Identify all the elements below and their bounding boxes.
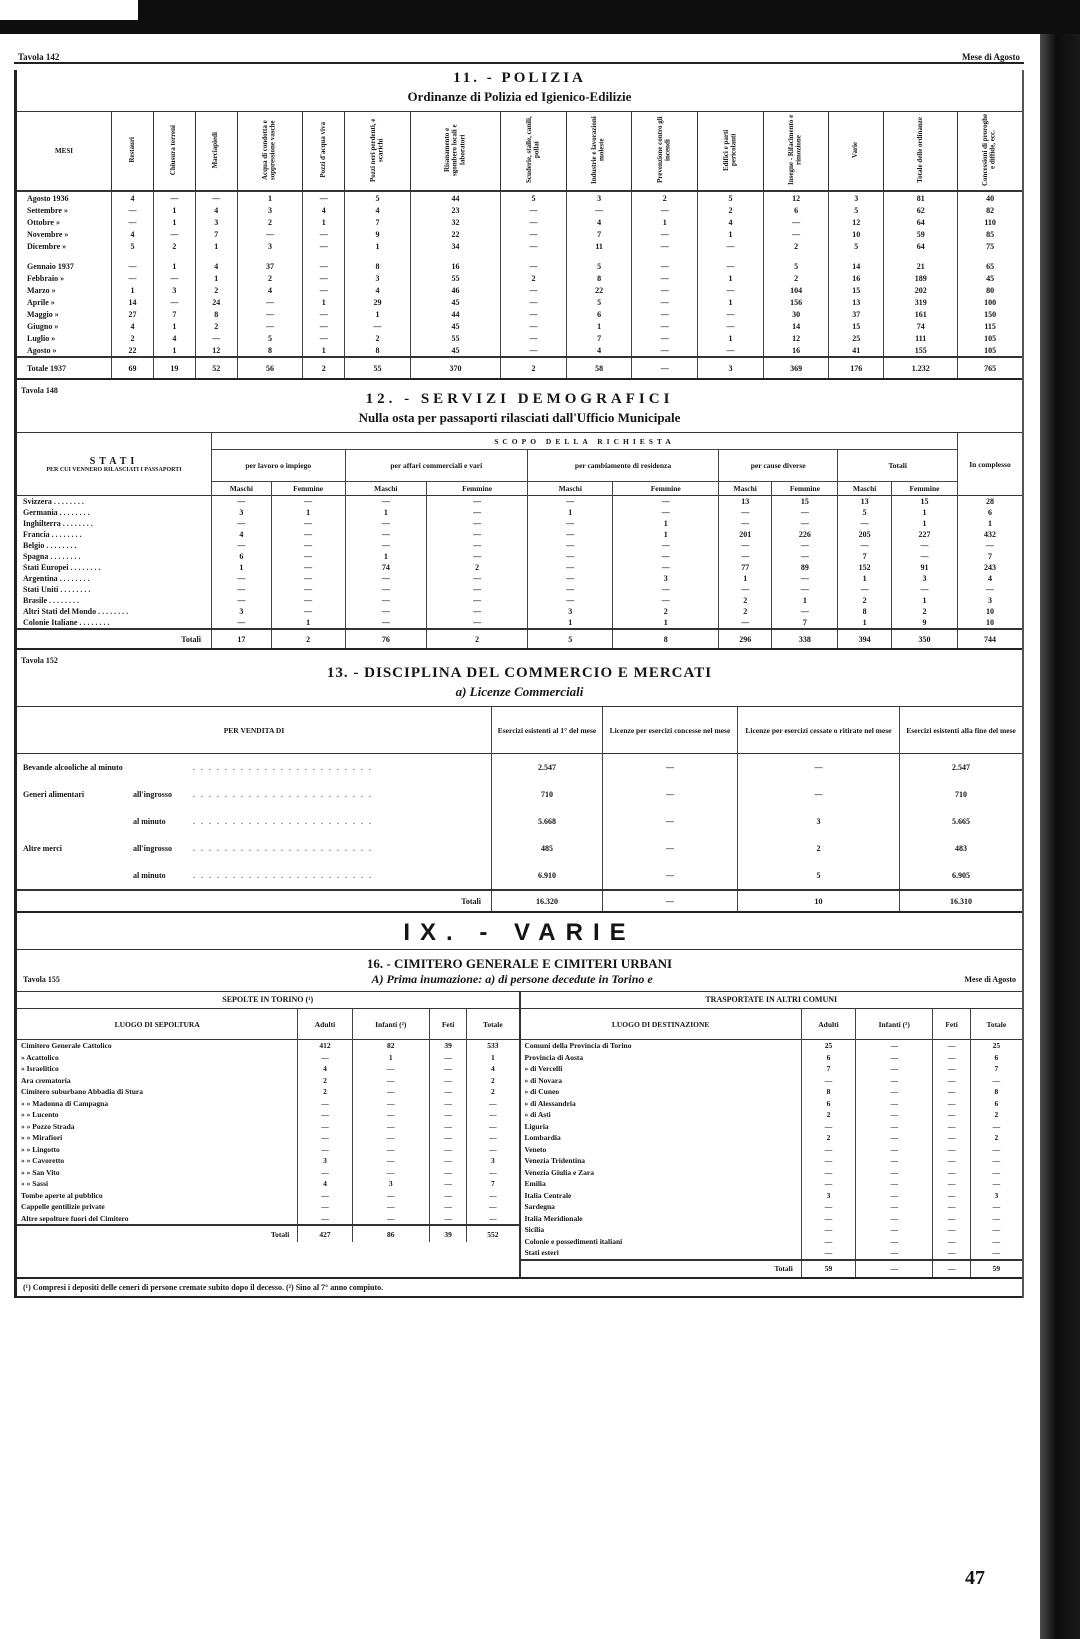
t13-table-number: Tavola 152	[17, 650, 1022, 665]
cell: 1	[613, 529, 719, 540]
table-row: » di Asti2——2	[521, 1109, 1023, 1121]
column-header: MESI	[17, 112, 112, 191]
cell: 7	[958, 551, 1023, 562]
cell: —	[298, 1132, 352, 1144]
table-row: Ottobre »—1321732—414—1264110	[17, 216, 1022, 228]
cell: —	[737, 781, 899, 808]
trasportate-header: TRASPORTATE IN ALTRI COMUNI	[521, 992, 1023, 1009]
cell: 5	[237, 332, 303, 344]
cell: 2	[112, 332, 154, 344]
cell: —	[467, 1109, 519, 1121]
cell: —	[856, 1201, 933, 1213]
cell: —	[838, 584, 891, 595]
table-row: Sicilia————	[521, 1224, 1023, 1236]
table-row: Argentina . . . . . . . .—————31—134	[17, 573, 1022, 584]
cell: 29	[345, 296, 411, 308]
cell: 1	[698, 296, 764, 308]
cell: 7	[345, 216, 411, 228]
cell: 10	[958, 617, 1023, 629]
column-header: Adulti	[801, 1009, 855, 1040]
cell: —	[970, 1236, 1022, 1248]
column-header: Pozzi d'acqua viva	[303, 112, 345, 191]
cell: —	[933, 1063, 970, 1075]
table-row: » » Pozzo Strada————	[17, 1121, 519, 1133]
cell: —	[237, 320, 303, 332]
row-label: Bevande alcooliche al minuto. . . . . . …	[17, 754, 492, 782]
cell: 1	[528, 507, 613, 518]
cell: 21	[884, 260, 958, 272]
sepolte-header: SEPOLTE IN TORINO (¹)	[17, 992, 519, 1009]
place-label: Comuni della Provincia di Torino	[521, 1040, 802, 1052]
cell: 485	[492, 835, 603, 862]
table-row: Settembre »—1434423———2656282	[17, 204, 1022, 216]
cell: 3	[237, 204, 303, 216]
cell: —	[501, 228, 567, 240]
table-row: » Israelitico4——4	[17, 1063, 519, 1075]
column-header: Adulti	[298, 1009, 352, 1040]
cell: —	[718, 507, 771, 518]
cell: 1	[195, 240, 237, 252]
column-header: Esercizi esistenti alla fine del mese	[900, 707, 1022, 754]
cell: —	[352, 1121, 429, 1133]
cell: 1	[153, 260, 195, 272]
row-label: Maggio »	[17, 308, 112, 320]
cell: —	[632, 260, 698, 272]
cell: 16	[410, 260, 500, 272]
table-row: Cappelle gentilizie private————	[17, 1201, 519, 1213]
cell: —	[856, 1236, 933, 1248]
row-label: Aprile »	[17, 296, 112, 308]
cell: 2	[613, 606, 719, 617]
police-ordinances-table: MESIRestauriChiusura terreniMarciapiediA…	[17, 112, 1022, 378]
cell: —	[613, 540, 719, 551]
cell: 1	[303, 296, 345, 308]
table-row: » » Mirafiori————	[17, 1132, 519, 1144]
cell: —	[856, 1121, 933, 1133]
cell: —	[427, 573, 528, 584]
table-row: Emilia————	[521, 1178, 1023, 1190]
t13-title: 13. - DISCIPLINA DEL COMMERCIO E MERCATI	[17, 665, 1022, 682]
cell: 69	[112, 357, 154, 378]
column-header: Esercizi esistenti al 1° del mese	[492, 707, 603, 754]
table-row: » » Sassi43—7	[17, 1178, 519, 1190]
cell: —	[970, 1224, 1022, 1236]
cell: —	[528, 562, 613, 573]
page: Tavola 142 Mese di Agosto 11. - POLIZIA …	[14, 40, 1024, 1630]
cell: —	[856, 1052, 933, 1064]
column-header: Totale delle ordinanze	[884, 112, 958, 191]
cell: —	[613, 584, 719, 595]
cell: —	[345, 584, 427, 595]
place-label: Colonie e possedimenti italiani	[521, 1236, 802, 1248]
scan-top-border	[0, 0, 1080, 34]
place-label: » di Cuneo	[521, 1086, 802, 1098]
cell: 4	[303, 204, 345, 216]
cell: 3	[958, 595, 1023, 606]
cell: —	[970, 1167, 1022, 1179]
cell: —	[429, 1109, 466, 1121]
cell: 55	[345, 357, 411, 378]
cell: 4	[195, 204, 237, 216]
cell: 1	[566, 320, 632, 332]
t12-title: 12. - SERVIZI DEMOGRAFICI	[17, 391, 1022, 408]
cell: —	[298, 1213, 352, 1226]
cell: 6	[970, 1098, 1022, 1110]
cell: 8	[345, 260, 411, 272]
cell: —	[352, 1167, 429, 1179]
cell: 2	[427, 629, 528, 648]
place-label: » di Alessandria	[521, 1098, 802, 1110]
cell: 16.310	[900, 890, 1022, 911]
cell: —	[970, 1144, 1022, 1156]
cell: 8	[801, 1086, 855, 1098]
cell: —	[429, 1190, 466, 1202]
cell: —	[698, 344, 764, 357]
cell: —	[528, 595, 613, 606]
cell: 37	[237, 260, 303, 272]
cell: 5	[829, 240, 884, 252]
table-row: Gennaio 1937—1437—816—5——5142165	[17, 260, 1022, 272]
table-row: Sardegna————	[521, 1201, 1023, 1213]
cell: 4	[153, 332, 195, 344]
cell: 10	[958, 606, 1023, 617]
cell: 1	[718, 573, 771, 584]
cell: 5	[737, 862, 899, 890]
place-label: » » Madonna di Campagna	[17, 1098, 298, 1110]
cell: —	[352, 1098, 429, 1110]
maschi-header: Maschi	[528, 482, 613, 496]
cell: —	[528, 551, 613, 562]
cell: —	[303, 284, 345, 296]
cell: 2	[718, 595, 771, 606]
cell: —	[801, 1247, 855, 1260]
cell: —	[801, 1155, 855, 1167]
cell: —	[772, 551, 838, 562]
cell: 6	[763, 204, 829, 216]
cell: 22	[112, 344, 154, 357]
cell: 100	[958, 296, 1022, 308]
cell: —	[271, 595, 345, 606]
cell: 350	[891, 629, 957, 648]
table-row: Belgio . . . . . . . .———————————	[17, 540, 1022, 551]
cell: 24	[195, 296, 237, 308]
cell: 3	[153, 284, 195, 296]
cell: —	[856, 1213, 933, 1225]
cell: 55	[410, 272, 500, 284]
cell: —	[933, 1201, 970, 1213]
row-label: Luglio »	[17, 332, 112, 344]
cell: 13	[718, 496, 771, 508]
place-label: » di Asti	[521, 1109, 802, 1121]
cell: —	[613, 507, 719, 518]
cell: —	[467, 1201, 519, 1213]
cell: 4	[566, 344, 632, 357]
cell: 226	[772, 529, 838, 540]
femmine-header: Femmine	[613, 482, 719, 496]
cell: 4	[467, 1063, 519, 1075]
cell: —	[958, 540, 1023, 551]
row-label: Altre merciall'ingrosso. . . . . . . . .…	[17, 835, 492, 862]
row-label: Agosto »	[17, 344, 112, 357]
cell: —	[801, 1224, 855, 1236]
cell: 9	[345, 228, 411, 240]
cell: —	[970, 1121, 1022, 1133]
cell: 152	[838, 562, 891, 573]
cell: 2	[970, 1132, 1022, 1144]
place-label: Ara crematoria	[17, 1075, 298, 1087]
cell: 28	[958, 496, 1023, 508]
place-label: Veneto	[521, 1144, 802, 1156]
cell: —	[933, 1052, 970, 1064]
cell: —	[352, 1213, 429, 1226]
cell: —	[933, 1247, 970, 1260]
cell: 7	[970, 1063, 1022, 1075]
cell: —	[856, 1190, 933, 1202]
place-label: Venezia Tridentina	[521, 1155, 802, 1167]
cell: —	[801, 1178, 855, 1190]
cell: 394	[838, 629, 891, 648]
cell: —	[933, 1155, 970, 1167]
table-row: Venezia Giulia e Zara————	[521, 1167, 1023, 1179]
cell: —	[153, 272, 195, 284]
cell: —	[112, 260, 154, 272]
cell: 10	[829, 228, 884, 240]
table-row: Liguria————	[521, 1121, 1023, 1133]
cell: 4	[112, 320, 154, 332]
cell: —	[772, 507, 838, 518]
cell: —	[501, 320, 567, 332]
cell: 3	[212, 606, 272, 617]
cell: 1	[632, 216, 698, 228]
column-header: Acqua di condotta e soppressione vasche	[237, 112, 303, 191]
cell: —	[271, 551, 345, 562]
cell: 12	[763, 191, 829, 204]
cell: 6	[212, 551, 272, 562]
cell: 59	[801, 1260, 855, 1277]
cell: 3	[237, 240, 303, 252]
cell: 25	[829, 332, 884, 344]
cell: —	[718, 584, 771, 595]
cell: 3	[298, 1155, 352, 1167]
cell: 3	[970, 1190, 1022, 1202]
place-label: » » San Vito	[17, 1167, 298, 1179]
cell: 2	[763, 272, 829, 284]
cell: 7	[566, 228, 632, 240]
cell: 3	[829, 191, 884, 204]
table-row: Spagna . . . . . . . .6—1—————7—7	[17, 551, 1022, 562]
cell: 2	[298, 1086, 352, 1098]
cell: 44	[410, 191, 500, 204]
cell: 25	[970, 1040, 1022, 1052]
cell: 3	[195, 216, 237, 228]
cell: —	[345, 606, 427, 617]
scopo-header: SCOPO DELLA RICHIESTA	[212, 433, 958, 450]
cell: 1	[352, 1052, 429, 1064]
totals-label: Totali	[17, 1225, 298, 1242]
cell: —	[698, 308, 764, 320]
cell: —	[528, 584, 613, 595]
country-label: Francia . . . . . . . .	[17, 529, 212, 540]
cell: 710	[900, 781, 1022, 808]
cell: —	[933, 1086, 970, 1098]
cell: 12	[195, 344, 237, 357]
row-label: Febbraio »	[17, 272, 112, 284]
cell: —	[153, 296, 195, 308]
cell: —	[970, 1201, 1022, 1213]
row-label: al minuto. . . . . . . . . . . . . . . .…	[17, 808, 492, 835]
table-row: Bevande alcooliche al minuto. . . . . . …	[17, 754, 1022, 782]
cell: —	[856, 1224, 933, 1236]
cell: 1	[271, 617, 345, 629]
cell: —	[345, 496, 427, 508]
cell: 1	[772, 595, 838, 606]
cell: 2	[501, 272, 567, 284]
cell: —	[467, 1098, 519, 1110]
cell: 7	[467, 1178, 519, 1190]
stati-header: STATI PER CUI VENNERO RILASCIATI I PASSA…	[17, 433, 212, 496]
cell: —	[698, 284, 764, 296]
cell: —	[970, 1075, 1022, 1087]
cell: 2	[271, 629, 345, 648]
cell: —	[271, 518, 345, 529]
cell: 2	[467, 1075, 519, 1087]
cell: 1	[212, 562, 272, 573]
cell: 7	[153, 308, 195, 320]
place-label: Altre sepolture fuori del Cimitero	[17, 1213, 298, 1226]
cell: 2	[237, 216, 303, 228]
cell: 45	[410, 296, 500, 308]
cell: —	[429, 1201, 466, 1213]
cell: 744	[958, 629, 1023, 648]
cell: —	[303, 308, 345, 320]
cell: 1	[112, 284, 154, 296]
column-header: Infanti (²)	[856, 1009, 933, 1040]
cell: —	[856, 1144, 933, 1156]
cell: —	[632, 272, 698, 284]
column-header: Restauri	[112, 112, 154, 191]
cell: —	[838, 540, 891, 551]
cell: 64	[884, 216, 958, 228]
cell: 1	[195, 272, 237, 284]
cell: 16	[763, 344, 829, 357]
cell: 15	[891, 496, 957, 508]
cell: 4	[345, 284, 411, 296]
cell: 2	[698, 204, 764, 216]
cell: 16.320	[492, 890, 603, 911]
cell: —	[856, 1040, 933, 1052]
country-label: Belgio . . . . . . . .	[17, 540, 212, 551]
place-label: » » Lingotto	[17, 1144, 298, 1156]
cell: —	[429, 1155, 466, 1167]
cell: —	[429, 1144, 466, 1156]
cell: 150	[958, 308, 1022, 320]
table-row: Colonie Italiane . . . . . . . .—1——11—7…	[17, 617, 1022, 629]
cell: —	[933, 1109, 970, 1121]
cell: 17	[212, 629, 272, 648]
totals-label: Totali	[17, 890, 492, 911]
cell: 1	[467, 1052, 519, 1064]
cell: —	[970, 1213, 1022, 1225]
cell: 5	[112, 240, 154, 252]
cell: 22	[410, 228, 500, 240]
table-row: Veneto————	[521, 1144, 1023, 1156]
cell: 15	[772, 496, 838, 508]
cell: —	[303, 191, 345, 204]
cell: —	[501, 216, 567, 228]
cell: 7	[838, 551, 891, 562]
table-row: Aprile »14—24—12945—5—115613319100	[17, 296, 1022, 308]
cell: —	[271, 584, 345, 595]
cell: —	[352, 1109, 429, 1121]
table-row: Totale 193769195256255370258—33691761.23…	[17, 357, 1022, 378]
table-row: Stati Europei . . . . . . . .1—742——7789…	[17, 562, 1022, 573]
cell: 2	[763, 240, 829, 252]
place-label: Sicilia	[521, 1224, 802, 1236]
cell: 45	[410, 320, 500, 332]
table-row: Altre sepolture fuori del Cimitero————	[17, 1213, 519, 1226]
cell: —	[271, 496, 345, 508]
country-label: Germania . . . . . . . .	[17, 507, 212, 518]
femmine-header: Femmine	[772, 482, 838, 496]
place-label: Lombardia	[521, 1132, 802, 1144]
cell: 2	[801, 1132, 855, 1144]
table-row: Altre merciall'ingrosso. . . . . . . . .…	[17, 835, 1022, 862]
table-row: Febbraio »——12—35528—121618945	[17, 272, 1022, 284]
table-number: Tavola 142	[18, 52, 59, 62]
place-label: » » Pozzo Strada	[17, 1121, 298, 1133]
cell: 2	[153, 240, 195, 252]
t16-table-number: Tavola 155	[23, 975, 60, 984]
cell: 3	[352, 1178, 429, 1190]
cell: —	[763, 228, 829, 240]
cell: —	[427, 507, 528, 518]
cell: 32	[410, 216, 500, 228]
cell: —	[856, 1132, 933, 1144]
cell: 2	[737, 835, 899, 862]
cell: 13	[838, 496, 891, 508]
cell: 59	[970, 1260, 1022, 1277]
cell: —	[345, 595, 427, 606]
cell: —	[603, 835, 738, 862]
cell: 1	[303, 216, 345, 228]
totals-row: Totali16.320—1016.310	[17, 890, 1022, 911]
cell: —	[856, 1075, 933, 1087]
cell: —	[271, 529, 345, 540]
table-row: Colonie e possedimenti italiani————	[521, 1236, 1023, 1248]
cell: 483	[900, 835, 1022, 862]
cell: 6	[801, 1098, 855, 1110]
column-header: Totale	[970, 1009, 1022, 1040]
cell: 105	[958, 332, 1022, 344]
cell: 338	[772, 629, 838, 648]
cell: —	[427, 584, 528, 595]
cell: —	[112, 272, 154, 284]
column-header: Risanamento e sgombero locali e laborato…	[410, 112, 500, 191]
cell: —	[603, 862, 738, 890]
table-row: » Acattolico—1—1	[17, 1052, 519, 1064]
cell: 25	[801, 1040, 855, 1052]
table-row: » di Alessandria6——6	[521, 1098, 1023, 1110]
table-row: Giugno »412———45—1——141574115	[17, 320, 1022, 332]
column-header: Concessioni di proroghe e diffide, ecc.	[958, 112, 1022, 191]
cell: 1	[237, 191, 303, 204]
column-header: Scuderie, stalle, canili, pollai	[501, 112, 567, 191]
cell: 77	[718, 562, 771, 573]
cell: —	[528, 540, 613, 551]
country-label: Svizzera . . . . . . . .	[17, 496, 212, 508]
cell: 115	[958, 320, 1022, 332]
place-label: Italia Centrale	[521, 1190, 802, 1202]
